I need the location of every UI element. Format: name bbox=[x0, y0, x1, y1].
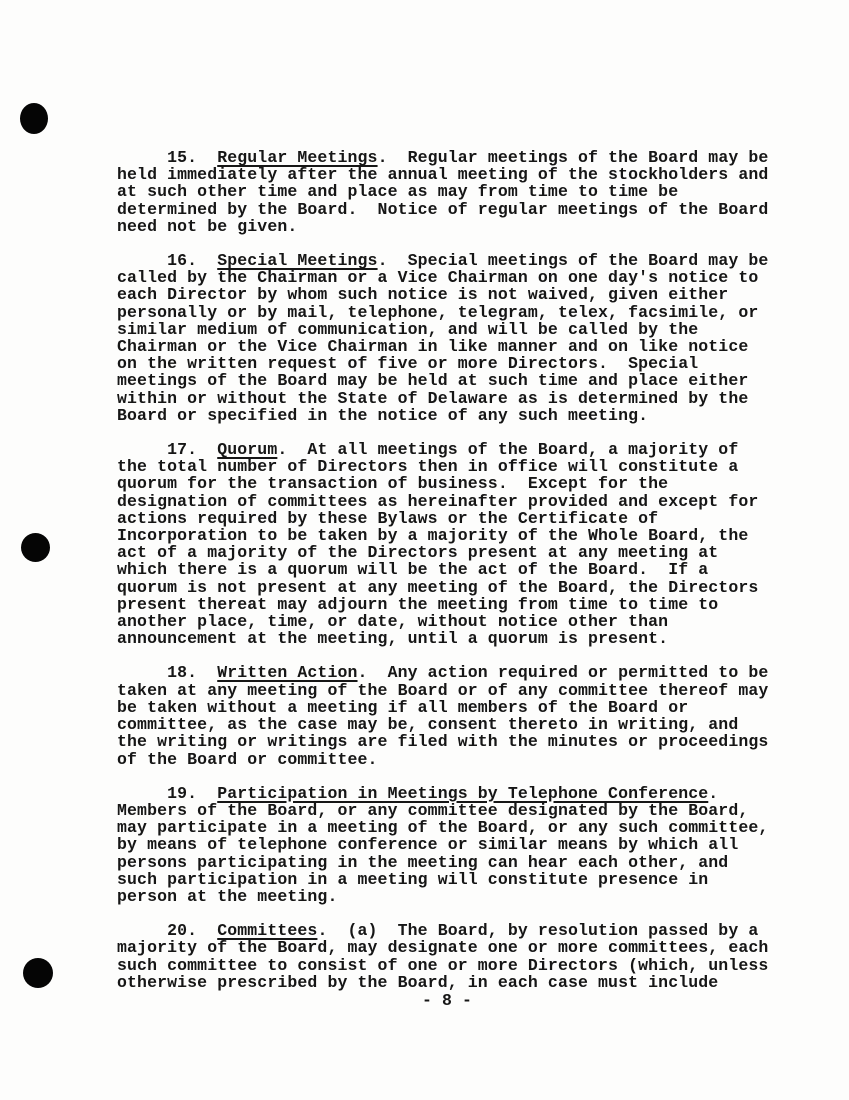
paragraph-18: 18. Written Action. Any action required … bbox=[117, 664, 797, 767]
paragraph-20: 20. Committees. (a) The Board, by resolu… bbox=[117, 922, 797, 991]
paragraph-16: 16. Special Meetings. Special meetings o… bbox=[117, 252, 797, 424]
hole-punch-icon bbox=[23, 958, 53, 988]
page-number: - 8 - bbox=[117, 991, 777, 1010]
section-title: Participation in Meetings by Telephone C… bbox=[217, 784, 708, 803]
section-title: Special Meetings bbox=[217, 251, 377, 270]
hole-punch-icon bbox=[21, 533, 50, 562]
section-title: Committees bbox=[217, 921, 317, 940]
section-title: Quorum bbox=[217, 440, 277, 459]
document-page: 15. Regular Meetings. Regular meetings o… bbox=[0, 0, 849, 1100]
paragraph-19: 19. Participation in Meetings by Telepho… bbox=[117, 785, 797, 905]
document-text: 15. Regular Meetings. Regular meetings o… bbox=[117, 149, 797, 1008]
section-title: Regular Meetings bbox=[217, 148, 377, 167]
section-title: Written Action bbox=[217, 663, 357, 682]
paragraph-15: 15. Regular Meetings. Regular meetings o… bbox=[117, 149, 797, 235]
paragraph-17: 17. Quorum. At all meetings of the Board… bbox=[117, 441, 797, 647]
hole-punch-icon bbox=[20, 103, 48, 134]
